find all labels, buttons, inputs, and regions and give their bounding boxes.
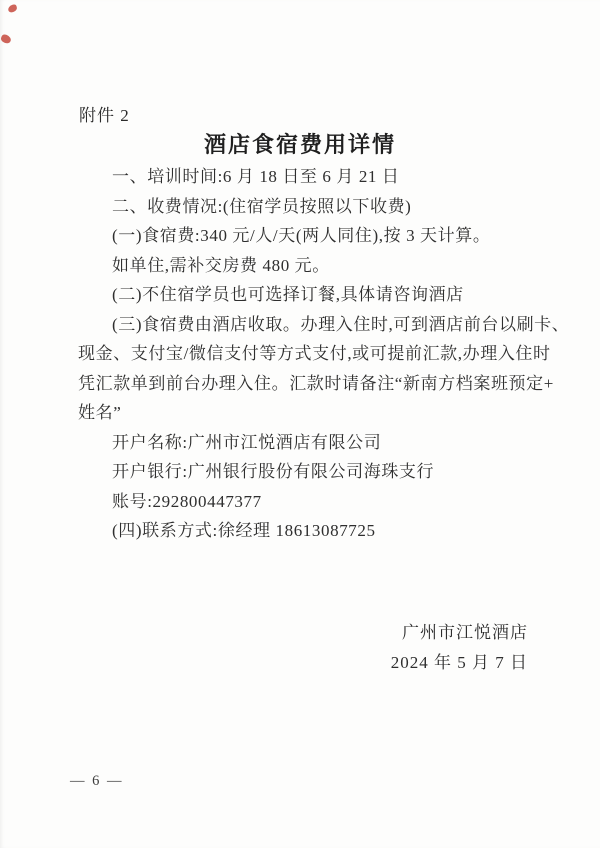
- red-pen-mark: [0, 33, 12, 44]
- closing-block: 广州市江悦酒店 2024 年 5 月 7 日: [0, 618, 528, 678]
- document-title: 酒店食宿费用详情: [74, 129, 526, 161]
- body-line: 姓名”: [78, 398, 568, 428]
- signature-date: 2024 年 5 月 7 日: [0, 648, 528, 678]
- body-line: (一)食宿费:340 元/人/天(两人同住),按 3 天计算。: [78, 221, 568, 251]
- attachment-label: 附件 2: [79, 101, 130, 126]
- page-number: — 6 —: [70, 773, 124, 790]
- body-line: 开户名称:广州市江悦酒店有限公司: [78, 428, 568, 458]
- body-line: 凭汇款单到前台办理入住。汇款时请备注“新南方档案班预定+: [78, 369, 568, 399]
- signature-organization: 广州市江悦酒店: [0, 618, 528, 648]
- red-pen-mark: [7, 4, 18, 13]
- document-page: 附件 2 酒店食宿费用详情 一、培训时间:6 月 18 日至 6 月 21 日二…: [0, 0, 600, 848]
- body-line: 开户银行:广州银行股份有限公司海珠支行: [78, 457, 568, 487]
- body-line: 账号:292800447377: [78, 487, 568, 517]
- body-line: 二、收费情况:(住宿学员按照以下收费): [78, 192, 568, 222]
- body-line: (二)不住宿学员也可选择订餐,具体请咨询酒店: [78, 280, 568, 310]
- body-line: (三)食宿费由酒店收取。办理入住时,可到酒店前台以刷卡、: [78, 310, 568, 340]
- body-line: 如单住,需补交房费 480 元。: [78, 251, 568, 281]
- body-line: (四)联系方式:徐经理 18613087725: [78, 516, 568, 546]
- body-line: 现金、支付宝/微信支付等方式支付,或可提前汇款,办理入住时: [78, 339, 568, 369]
- body-line: 一、培训时间:6 月 18 日至 6 月 21 日: [78, 162, 568, 192]
- document-body: 一、培训时间:6 月 18 日至 6 月 21 日二、收费情况:(住宿学员按照以…: [78, 162, 568, 546]
